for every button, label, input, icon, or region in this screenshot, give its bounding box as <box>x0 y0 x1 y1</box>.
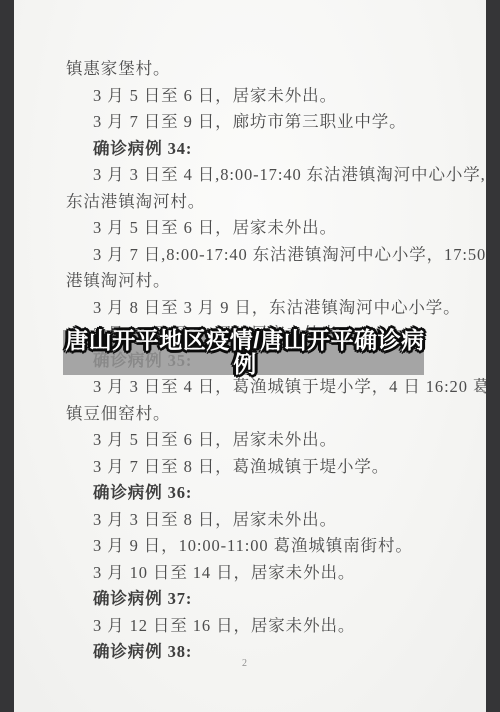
document-line: 东沽港镇淘河村。 <box>66 191 205 212</box>
overlay-title-line1: 唐山开平地区疫情/唐山开平确诊病 <box>40 329 450 353</box>
page-number: 2 <box>242 658 248 669</box>
document-line: 3 月 8 日至 3 月 9 日，东沽港镇淘河中心小学。 <box>93 297 461 318</box>
document-line: 3 月 5 日至 6 日，居家未外出。 <box>93 429 337 450</box>
document-line: 3 月 3 日至 4 日，葛渔城镇于堤小学，4 日 16:20 葛渔城 <box>93 376 500 397</box>
document-line: 确诊病例 38: <box>93 641 192 662</box>
document-line: 确诊病例 34: <box>93 138 192 159</box>
document-line: 港镇淘河村。 <box>66 270 170 291</box>
document-line: 3 月 12 日至 16 日，居家未外出。 <box>93 615 355 636</box>
document-line: 3 月 3 日至 8 日，居家未外出。 <box>93 509 337 530</box>
document-line: 确诊病例 36: <box>93 482 192 503</box>
document-line: 3 月 7 日至 9 日，廊坊市第三职业中学。 <box>93 111 407 132</box>
document-line: 3 月 7 日,8:00-17:40 东沽港镇淘河中心小学，17:50 东沽 <box>93 244 500 265</box>
document-line: 3 月 9 日，10:00-11:00 葛渔城镇南街村。 <box>93 535 413 556</box>
document-line: 镇惠家堡村。 <box>66 58 170 79</box>
document-line: 镇豆佃窑村。 <box>66 403 170 424</box>
document-line: 3 月 3 日至 4 日,8:00-17:40 东沽港镇淘河中心小学,17:50 <box>93 164 500 185</box>
document-line: 3 月 7 日至 8 日，葛渔城镇于堤小学。 <box>93 456 389 477</box>
left-border-bar <box>0 0 14 712</box>
right-border-bar <box>486 0 500 712</box>
document-line: 3 月 5 日至 6 日，居家未外出。 <box>93 85 337 106</box>
document-line: 确诊病例 37: <box>93 588 192 609</box>
overlay-title-line2: 例 <box>40 353 450 377</box>
document-line: 3 月 10 日至 14 日，居家未外出。 <box>93 562 355 583</box>
scanned-document-page: 镇惠家堡村。3 月 5 日至 6 日，居家未外出。3 月 7 日至 9 日，廊坊… <box>0 0 500 712</box>
document-line: 3 月 5 日至 6 日，居家未外出。 <box>93 217 337 238</box>
overlay-title: 唐山开平地区疫情/唐山开平确诊病 例 <box>40 329 450 376</box>
